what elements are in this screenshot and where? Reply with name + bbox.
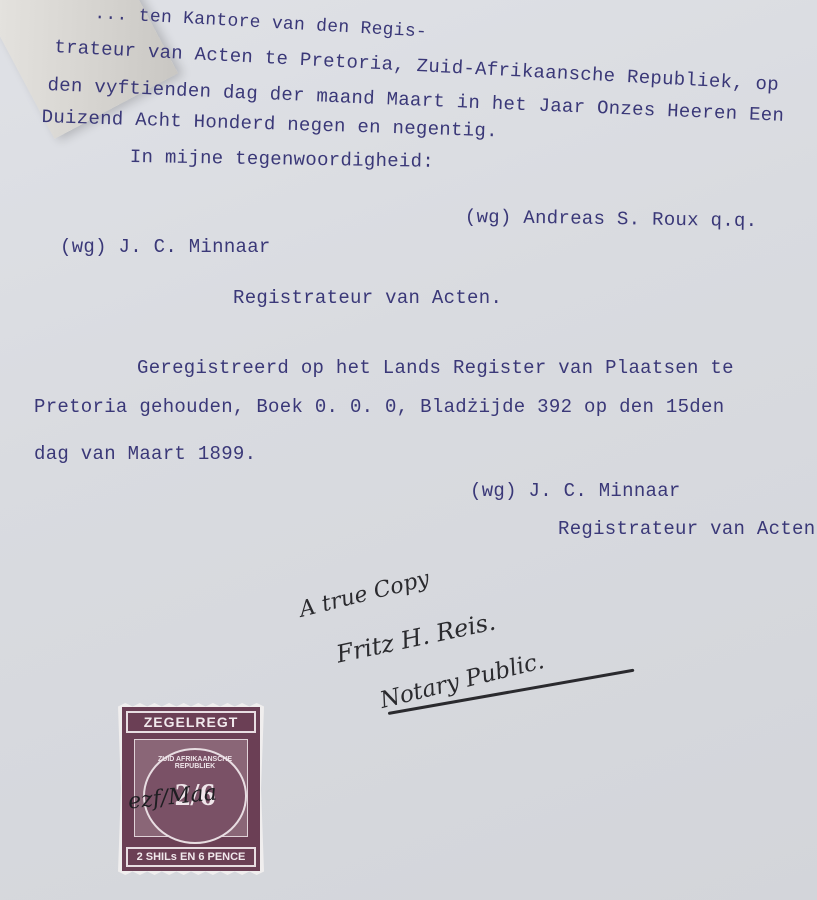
revenue-stamp: ZEGELREGT ZUID AFRIKAANSCHE REPUBLIEK 2/…: [118, 703, 264, 875]
signature-roux: (wg) Andreas S. Roux q.q.: [465, 206, 758, 232]
stamp-body: ZEGELREGT ZUID AFRIKAANSCHE REPUBLIEK 2/…: [122, 707, 260, 871]
registration-line-3: dag van Maart 1899.: [34, 443, 256, 465]
stamp-bottom-label: 2 SHILs EN 6 PENCE: [126, 847, 256, 867]
registration-line-2: Pretoria gehouden, Boek 0. 0. 0, Bladżij…: [34, 396, 724, 418]
registration-line-1: Geregistreerd op het Lands Register van …: [137, 357, 734, 379]
typed-line-5: In mijne tegenwoordigheid:: [130, 146, 435, 173]
handwritten-notary-public: Notary Public.: [377, 648, 546, 714]
stamp-top-label: ZEGELREGT: [126, 711, 256, 733]
handwritten-signature: Fritz H. Reis.: [334, 607, 498, 668]
registration-signer-title: Registrateur van Acten: [558, 518, 815, 540]
handwritten-true-copy: A true Copy: [297, 566, 432, 622]
signature-minnaar-title: Registrateur van Acten.: [233, 287, 502, 309]
stamp-arc-text: ZUID AFRIKAANSCHE REPUBLIEK: [145, 756, 245, 770]
registration-signer: (wg) J. C. Minnaar: [470, 480, 681, 502]
signature-minnaar: (wg) J. C. Minnaar: [60, 236, 271, 258]
